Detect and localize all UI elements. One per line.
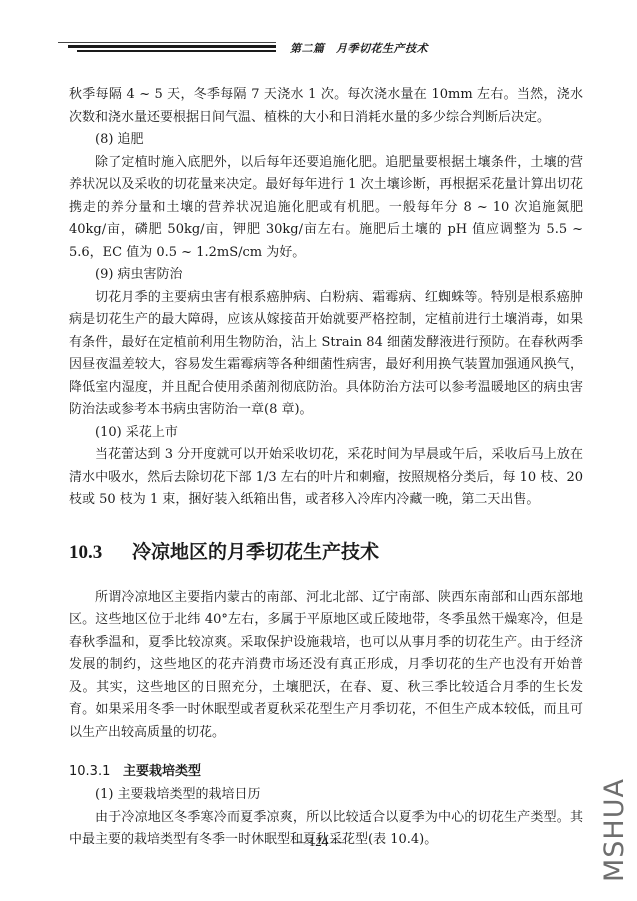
subsection-heading-10-3-1: 10.3.1主要栽培类型 — [69, 762, 583, 782]
watermark-text: MSHUA — [599, 778, 630, 882]
paragraph-pest-control: 切花月季的主要病虫害有根系癌肿病、白粉病、霜霉病、红蜘蛛等。特别是根系癌肿病是切… — [69, 287, 583, 422]
item-heading-cultivation-calendar: (1) 主要栽培类型的栽培日历 — [69, 784, 583, 807]
item-heading-pest-control: (9) 病虫害防治 — [69, 264, 583, 287]
running-header-title: 第二篇 月季切花生产技术 — [290, 40, 428, 56]
page-number: — 124 — — [0, 834, 637, 850]
paragraph-harvest-market: 当花蕾达到 3 分开度就可以开始采收切花，采花时间为早晨或午后，采收后马上放在清… — [69, 444, 583, 512]
paragraph-topdressing: 除了定植时施入底肥外，以后每年还要追施化肥。追肥量要根据土壤条件，土壤的营养状况… — [69, 152, 583, 265]
header-rule-thick — [68, 45, 276, 48]
section-number: 10.3 — [69, 541, 132, 565]
paragraph-watering-continued: 秋季每隔 4 ~ 5 天，冬季每隔 7 天浇水 1 次。每次浇水量在 10mm … — [69, 84, 583, 129]
paragraph-cool-region-intro: 所谓冷凉地区主要指内蒙古的南部、河北北部、辽宁南部、陕西东南部和山西东部地区。这… — [69, 587, 583, 745]
subsection-title: 主要栽培类型 — [123, 764, 201, 779]
subsection-number: 10.3.1 — [69, 762, 123, 782]
item-heading-topdressing: (8) 追肥 — [69, 129, 583, 152]
section-title: 冷凉地区的月季切花生产技术 — [132, 541, 379, 563]
page-body: 秋季每隔 4 ~ 5 天，冬季每隔 7 天浇水 1 次。每次浇水量在 10mm … — [69, 84, 583, 852]
section-heading-10-3: 10.3冷凉地区的月季切花生产技术 — [69, 540, 583, 565]
header-rule-thin — [58, 42, 276, 43]
header-rule-medium — [77, 50, 276, 52]
item-heading-harvest-market: (10) 采花上市 — [69, 422, 583, 445]
header-rule-lines — [58, 42, 276, 56]
